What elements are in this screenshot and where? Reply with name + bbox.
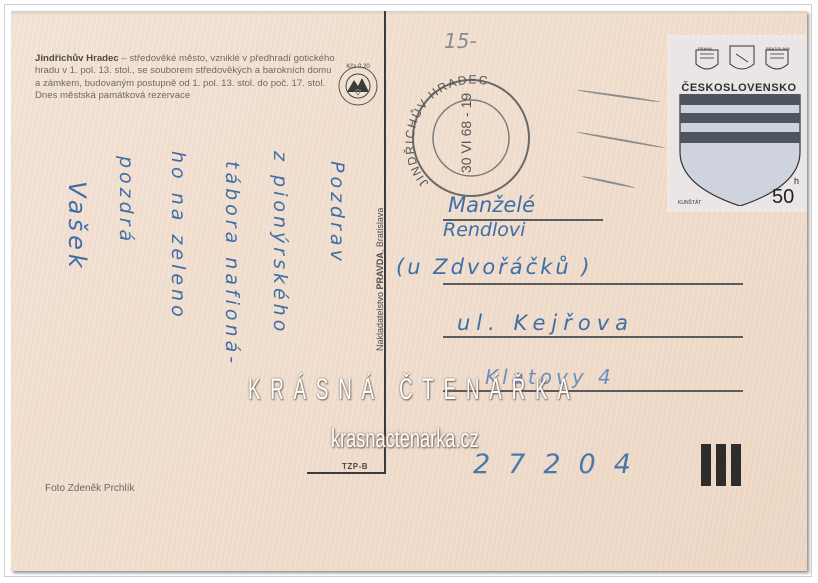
stamp-city: PRAHA xyxy=(698,46,712,51)
photo-credit: Foto Zdeněk Prchlík xyxy=(45,483,134,494)
stamp-city: BRATISLAVA xyxy=(766,46,790,51)
stamp-country: ČESKOSLOVENSKO xyxy=(670,82,807,94)
postal-code: 27204 xyxy=(473,449,649,480)
postage-stamp: PRAHA BRATISLAVA ČESKOSLOVENSKO KUNŠTÁT … xyxy=(667,35,807,212)
postcard-description: Jindřichův Hradec – středověké město, vz… xyxy=(35,53,335,102)
postmark-icon: JINDŘICHŮV HRADEC 30 VI 68 - 19 xyxy=(399,73,544,203)
cancel-wave xyxy=(581,175,635,188)
publisher-text: Nakladatelstvo PRAVDA, Bratislava xyxy=(375,208,385,351)
watermark-url[interactable]: krasnactenarka.cz xyxy=(331,423,479,454)
watermark-title: KRÁSNÁ ČTENÁŘKA xyxy=(248,373,580,407)
form-code: TZP-B xyxy=(342,462,368,471)
address-rule xyxy=(443,283,743,285)
address-line: (u Zdvořáčků ) xyxy=(396,255,593,279)
tourism-logo-icon: Kčs 0.20 xyxy=(333,59,383,109)
svg-text:JINDŘICHŮV HRADEC: JINDŘICHŮV HRADEC xyxy=(401,73,490,190)
message-line: ho na zeleno xyxy=(167,151,189,321)
stamp-value: 50 xyxy=(772,186,794,209)
publisher-suffix: , Bratislava xyxy=(375,208,385,253)
message-line: pozdrá xyxy=(115,156,137,245)
message-line: Pozdrav xyxy=(326,161,348,265)
place-name: Jindřichův Hradec xyxy=(35,53,119,64)
card-edge xyxy=(11,11,807,15)
postcard-back: Jindřichův Hradec – středověké město, vz… xyxy=(11,11,807,571)
publisher-prefix: Nakladatelstvo xyxy=(375,289,385,351)
address-rule xyxy=(443,336,743,338)
publisher-name: PRAVDA xyxy=(375,252,385,289)
cancel-wave xyxy=(577,131,666,149)
stamp-unit: h xyxy=(794,176,799,186)
postal-code-bars xyxy=(701,444,741,486)
stamp-arms-name: KUNŠTÁT xyxy=(678,200,701,206)
svg-text:30 VI 68 - 19: 30 VI 68 - 19 xyxy=(458,93,474,173)
message-signature: Vašek xyxy=(63,181,91,272)
form-code-line xyxy=(307,472,386,474)
address-line: ul. Kejřova xyxy=(457,311,634,335)
message-line: z pionýrského xyxy=(269,151,291,335)
cancel-wave xyxy=(576,89,660,103)
price-note: 15- xyxy=(444,29,477,53)
message-line: tábora nafioná- xyxy=(221,161,243,367)
address-line: Manželé xyxy=(448,193,535,217)
address-line: Rendlovi xyxy=(443,219,525,241)
svg-text:Kčs 0.20: Kčs 0.20 xyxy=(346,64,370,70)
